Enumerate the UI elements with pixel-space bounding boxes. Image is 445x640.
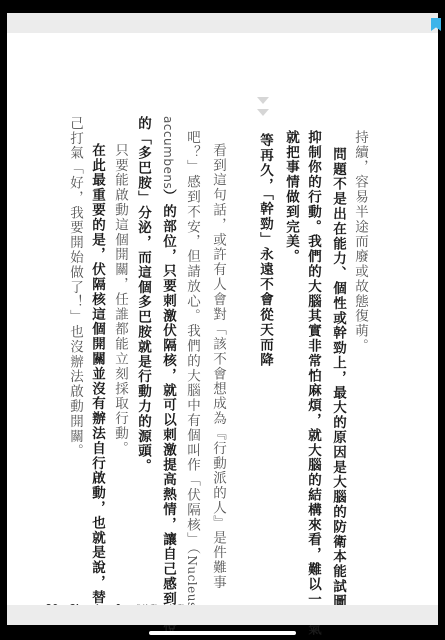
text-column: 就把事情做到完美。 [283, 130, 299, 264]
heading-marker-icon [257, 97, 269, 104]
text-column: 吧？」感到不安，但請放心。我們的大腦中有個叫作「伏隔核」（Nucleus [184, 130, 200, 609]
top-margin-band [7, 13, 438, 33]
text-column: accumbens）的部位，只要刺激伏隔核，就可以刺激提高熱情，讓自己感到愉悅 [160, 116, 176, 636]
text-column: 在此最重要的是，伏隔核這個開關並沒有辦法自行啟動，也就是說，替自 [89, 143, 105, 620]
text-segment: 吧？」感到不安，但請放心。我們的大腦中有個叫作「伏隔核」（ [184, 130, 200, 555]
text-column: 抑制你的行動。我們的大腦其實非常怕麻煩，就大腦的結構來看，難以一口氣 [305, 130, 321, 637]
section-heading: 等再久，「幹勁」永遠不會從天而降 [255, 133, 275, 368]
text-column: 己打氣「好，我要開始做了！」也沒辦法啟動開關。 [67, 116, 83, 459]
latin-term: Nucleus [185, 555, 199, 608]
text-column: 看到這句話，或許有人會對「該不會想成為『行動派的人』是件難事 [210, 143, 226, 590]
text-segment: ）的部位，只要刺激伏隔核，就可以刺激提高熱情，讓自己感到愉悅 [160, 189, 176, 636]
bottom-margin-band [7, 605, 438, 625]
text-column: 問題不是出在能力、個性或幹勁上，最大的原因是大腦的防衛本能試圖要 [330, 147, 346, 624]
latin-term: accumbens [161, 116, 175, 189]
text-column: 持續，容易半途而廢或故態復萌。 [352, 130, 368, 354]
heading-marker-icon [257, 109, 269, 116]
home-indicator[interactable] [149, 631, 296, 635]
text-column: 的「多巴胺」分泌，而這個多巴胺就是行動力的源頭。 [135, 116, 151, 474]
book-page[interactable]: 持續，容易半途而廢或故態復萌。 問題不是出在能力、個性或幹勁上，最大的原因是大腦… [7, 13, 438, 625]
text-column: 只要能啟動這個開關，任誰都能立刻採取行動。 [112, 143, 128, 456]
